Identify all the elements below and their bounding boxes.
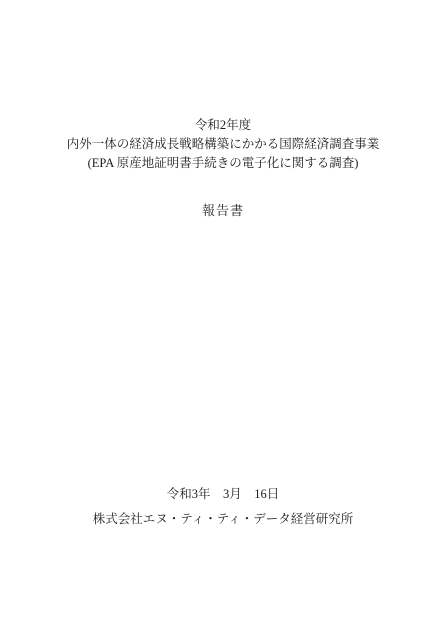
title-block: 令和2年度 内外一体の経済成長戦略構築にかかる国際経済調査事業 (EPA 原産地… xyxy=(0,116,446,173)
subtitle-line: (EPA 原産地証明書手続きの電子化に関する調査) xyxy=(0,154,446,173)
report-cover-page: 令和2年度 内外一体の経済成長戦略構築にかかる国際経済調査事業 (EPA 原産地… xyxy=(0,0,446,630)
document-type-title: 報告書 xyxy=(0,200,446,219)
project-title-line: 内外一体の経済成長戦略構築にかかる国際経済調査事業 xyxy=(0,135,446,154)
publisher-company-name: 株式会社エヌ・ティ・ティ・データ経営研究所 xyxy=(0,509,446,527)
fiscal-year-line: 令和2年度 xyxy=(0,116,446,135)
publication-date: 令和3年 3月 16日 xyxy=(0,484,446,502)
